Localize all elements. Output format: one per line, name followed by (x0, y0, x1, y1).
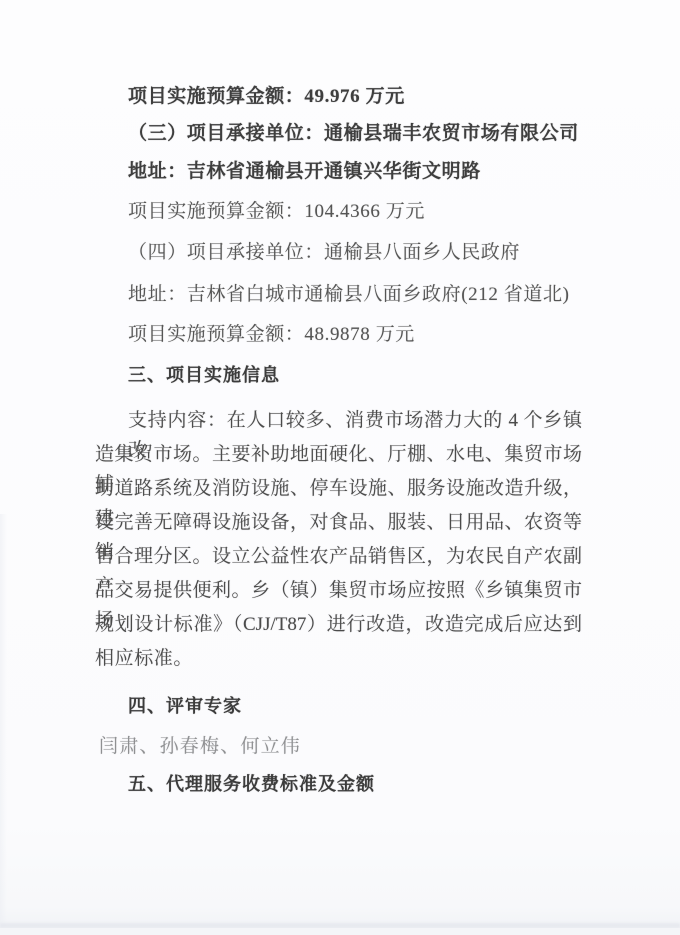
recipient-unit-line-4: （四）项目承接单位：通榆县八面乡人民政府 (128, 240, 520, 265)
budget-amount-line-3: 项目实施预算金额：48.9878 万元 (128, 322, 415, 347)
paragraph-line: 助道路系统及消防设施、停车设施、服务设施改造升级，建 (95, 474, 582, 508)
scan-left-edge-shadow (0, 514, 7, 935)
section-heading-3: 三、项目实施信息 (128, 363, 280, 387)
budget-amount-line-1: 项目实施预算金额：49.976 万元 (128, 84, 405, 109)
paragraph-line: 相应标准。 (95, 644, 582, 678)
section-heading-5: 五、代理服务收费标准及金额 (128, 772, 375, 796)
budget-amount-line-2: 项目实施预算金额：104.4366 万元 (128, 199, 425, 224)
paragraph-line: 售合理分区。设立公益性农产品销售区，为农民自产农副产 (95, 542, 582, 576)
address-line-3: 地址：吉林省通榆县开通镇兴华街文明路 (128, 159, 481, 184)
expert-names-line: 闫肃、孙春梅、何立伟 (99, 734, 301, 759)
paragraph-line: 造集贸市场。主要补助地面硬化、厅棚、水电、集贸市场辅 (95, 440, 582, 474)
scan-bottom-strip (0, 928, 680, 935)
paragraph-line: 规划设计标准》（CJJ/T87）进行改造，改造完成后应达到 (95, 610, 582, 644)
scanned-document-page: 项目实施预算金额：49.976 万元 （三）项目承接单位：通榆县瑞丰农贸市场有限… (0, 0, 680, 935)
support-content-paragraph: 支持内容：在人口较多、消费市场潜力大的 4 个乡镇改 造集贸市场。主要补助地面硬… (95, 406, 582, 678)
paragraph-line: 支持内容：在人口较多、消费市场潜力大的 4 个乡镇改 (95, 406, 582, 440)
recipient-unit-line-3: （三）项目承接单位：通榆县瑞丰农贸市场有限公司 (128, 121, 579, 146)
address-line-4: 地址：吉林省白城市通榆县八面乡政府(212 省道北) (128, 282, 570, 307)
paragraph-line: 品交易提供便利。乡（镇）集贸市场应按照《乡镇集贸市场 (95, 576, 582, 610)
section-heading-4: 四、评审专家 (128, 694, 242, 718)
paragraph-line: 设完善无障碍设施设备，对食品、服装、日用品、农资等销 (95, 508, 582, 542)
